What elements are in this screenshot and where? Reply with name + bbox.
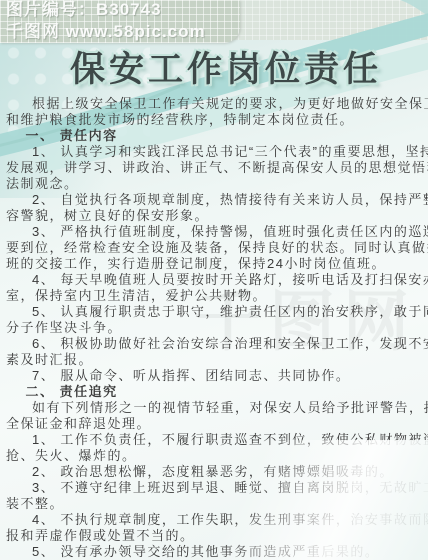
- page-title: 保安工作岗位责任: [0, 42, 428, 92]
- photo-id-watermark-panel: 图片编号：B30743 千图网 www.58pic.com: [0, 0, 240, 43]
- section-1-item: 2、 自觉执行各项规章制度，热情接待有关来访人员，保持严整的警容警貌，树立良好的…: [6, 192, 428, 224]
- section-2-heading: 二、 责任追究: [6, 384, 428, 400]
- section-1-item: 4、 每天早晚值班人员要按时开关路灯，接听电话及打扫保安办公室，保持室内卫生清洁…: [6, 272, 428, 304]
- intro-paragraph: 根据上级安全保卫工作有关规定的要求，为更好地做好安全保卫工作和维护粮食批发市场的…: [6, 96, 428, 128]
- poster-page: { "watermark": { "line1": "图片编号：B30743",…: [0, 0, 428, 560]
- section-2-item: 2、 政治思想松懈，态度粗暴恶劣，有赌博嫖娼吸毒的。: [6, 464, 428, 480]
- document-body: 根据上级安全保卫工作有关规定的要求，为更好地做好安全保卫工作和维护粮食批发市场的…: [6, 96, 428, 560]
- section-2-item: 1、 工作不负责任，不履行职责巡查不到位，致使公私财物被盗被抢、失火、爆炸的。: [6, 432, 428, 464]
- section-1-item: 1、 认真学习和实践江泽民总书记“三个代表”的重要思想，坚持科学发展观，讲学习、…: [6, 144, 428, 192]
- section-2-intro: 如有下列情形之一的视情节轻重，对保安人员给予批评警告，扣除安全保证金和辞退处理。: [6, 400, 428, 432]
- site-url-watermark-text: 千图网 www.58pic.com: [6, 17, 206, 42]
- section-1-item: 5、 认真履行职责忠于职守，维护责任区内的治安秩序，敢于同犯罪分子作坚决斗争。: [6, 304, 428, 336]
- section-2-item: 5、 没有承办领导交给的其他事务而造成严重后果的。: [6, 544, 428, 560]
- section-2-item: 3、 不遵守纪律上班迟到早退、睡觉、擅自离岗脱岗，无故旷工，着装不整。: [6, 480, 428, 512]
- section-1-item: 7、 服从命令、听从指挥、团结同志、共同协作。: [6, 368, 428, 384]
- section-2-item: 4、 不执行规章制度，工作失职，发生刑事案件，治安事故而隐瞒不报和弄虚作假或处置…: [6, 512, 428, 544]
- section-1-item: 3、 严格执行值班制度，保持警惕，值班时强化责任区内的巡逻巡查要到位，经常检查安…: [6, 224, 428, 272]
- section-1-item: 6、 积极协助做好社会治安综合治理和安全保卫工作，发现不安全因素及时汇报。: [6, 336, 428, 368]
- section-1-heading: 一、 责任内容: [6, 128, 428, 144]
